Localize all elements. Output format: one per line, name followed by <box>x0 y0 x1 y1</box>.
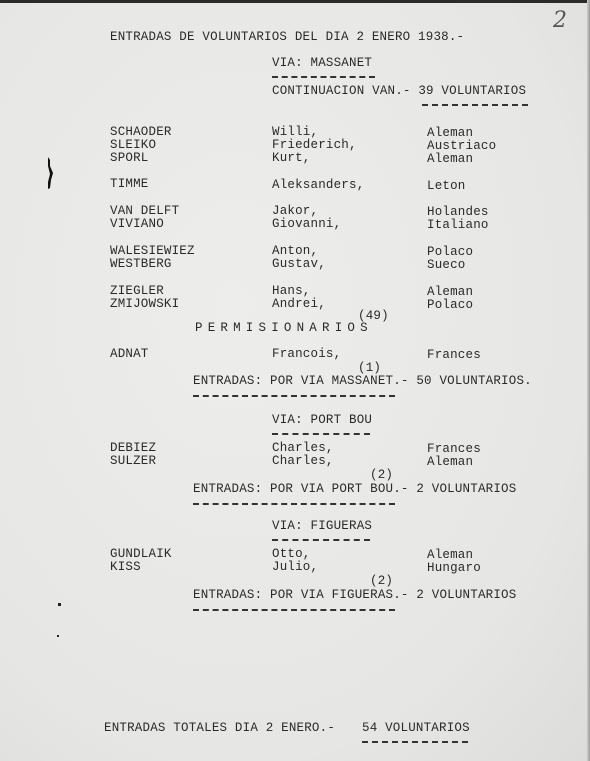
underline <box>362 741 468 743</box>
surname: ADNAT <box>110 348 149 361</box>
figueras-count: (2) <box>370 575 393 588</box>
surname: TIMME <box>110 178 149 191</box>
underline <box>193 395 395 397</box>
ink-speck <box>58 603 61 606</box>
surname: ZMIJOWSKI <box>110 298 179 311</box>
surname: SULZER <box>110 455 156 468</box>
summary-port-bou: ENTRADAS: POR VIA PORT BOU.- 2 VOLUNTARI… <box>193 483 516 496</box>
underline <box>193 609 395 611</box>
margin-ink-mark <box>47 156 55 190</box>
summary-massanet: ENTRADAS: POR VIA MASSANET.- 50 VOLUNTAR… <box>193 375 532 388</box>
underline <box>272 76 375 78</box>
nationality: Italiano <box>427 219 489 232</box>
section-heading-port-bou: VIA: PORT BOU <box>272 414 372 427</box>
handwritten-page-number: 2 <box>553 8 567 33</box>
underline <box>422 104 528 106</box>
nationality: Sueco <box>427 259 466 272</box>
given-name: Kurt, <box>272 152 311 165</box>
document-title: ENTRADAS DE VOLUNTARIOS DEL DIA 2 ENERO … <box>110 31 464 44</box>
surname: SPORL <box>110 152 149 165</box>
given-name: Giovanni, <box>272 218 341 231</box>
given-name: Aleksanders, <box>272 179 364 192</box>
nationality: Polaco <box>427 299 473 312</box>
section-heading-massanet: VIA: MASSANET <box>272 57 372 70</box>
surname: KISS <box>110 561 141 574</box>
continuation-line: CONTINUACION VAN.- 39 VOLUNTARIOS <box>272 85 526 98</box>
summary-figueras: ENTRADAS: POR VIA FIGUERAS.- 2 VOLUNTARI… <box>193 589 516 602</box>
underline <box>272 433 370 435</box>
ink-speck <box>57 635 59 637</box>
nationality: Frances <box>427 349 481 362</box>
permisionarios-heading: PERMISIONARIOS <box>195 322 373 335</box>
given-name: Gustav, <box>272 258 326 271</box>
underline <box>193 503 395 505</box>
nationality: Hungaro <box>427 562 481 575</box>
given-name: Charles, <box>272 455 334 468</box>
given-name: Francois, <box>272 348 341 361</box>
given-name: Andrei, <box>272 298 326 311</box>
surname: VIVIANO <box>110 218 164 231</box>
port-bou-count: (2) <box>370 469 393 482</box>
total-value: 54 VOLUNTARIOS <box>362 722 470 735</box>
surname: WESTBERG <box>110 258 172 271</box>
given-name: Julio, <box>272 561 318 574</box>
nationality: Aleman <box>427 153 473 166</box>
section-heading-figueras: VIA: FIGUERAS <box>272 520 372 533</box>
nationality: Leton <box>427 180 466 193</box>
total-label: ENTRADAS TOTALES DIA 2 ENERO.- <box>104 722 335 735</box>
nationality: Aleman <box>427 456 473 469</box>
underline <box>272 539 370 541</box>
